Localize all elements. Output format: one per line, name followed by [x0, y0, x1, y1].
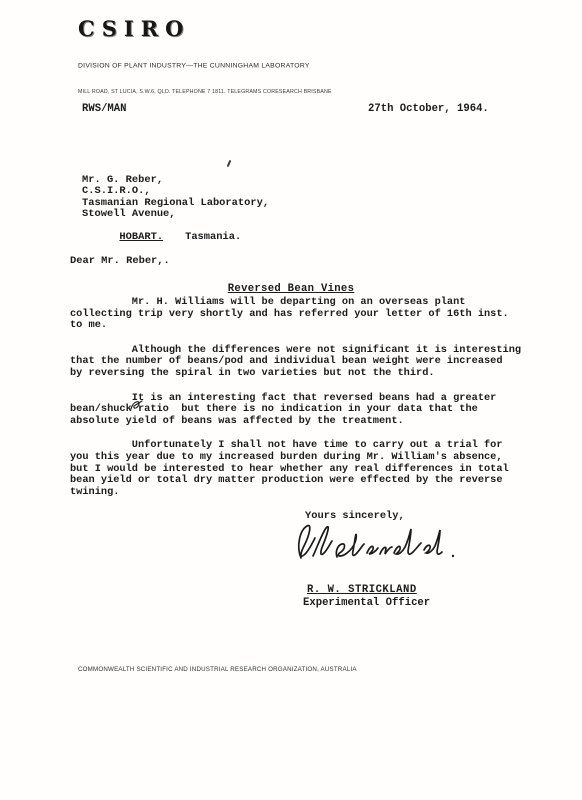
subject-line: Reversed Bean Vines — [228, 283, 355, 295]
subject-row: Reversed Bean Vines — [70, 278, 512, 296]
letterhead-address-line: MILL ROAD, ST LUCIA, S.W.6, QLD. TELEPHO… — [78, 89, 332, 95]
paragraph: Unfortunately I shall not have time to c… — [70, 440, 540, 498]
signed-title: Experimental Officer — [303, 597, 430, 609]
signed-name: R. W. STRICKLAND — [307, 584, 417, 596]
paragraph: Although the differences were not signif… — [70, 345, 540, 380]
recipient-state: Tasmania. — [185, 231, 241, 243]
footer-organization-line: COMMONWEALTH SCIENTIFIC AND INDUSTRIAL R… — [78, 666, 357, 673]
csiro-logo: CSIRO — [78, 16, 190, 41]
recipient-address-line: Stowell Avenue, — [82, 209, 269, 220]
recipient-city: HOBART. — [119, 231, 163, 243]
paragraph: It is an interesting fact that reversed … — [70, 393, 540, 428]
letter-date: 27th October, 1964. — [368, 103, 489, 115]
recipient-address-block: Mr. G. Reber,C.S.I.R.O.,Tasmanian Region… — [82, 175, 269, 255]
salutation: Dear Mr. Reber,. — [70, 255, 170, 267]
division-line: DIVISION OF PLANT INDUSTRY—THE CUNNINGHA… — [78, 62, 310, 69]
recipient-city-line: HOBART.Tasmania. — [82, 221, 269, 255]
paragraph: Mr. H. Williams will be departing on an … — [70, 297, 540, 332]
file-reference: RWS/MAN — [82, 103, 127, 115]
stray-pen-mark — [227, 160, 232, 167]
signature-handwriting-icon — [293, 520, 461, 566]
scanned-letter-page: CSIRO DIVISION OF PLANT INDUSTRY—THE CUN… — [0, 0, 582, 800]
letter-body: Mr. H. Williams will be departing on an … — [70, 297, 540, 511]
